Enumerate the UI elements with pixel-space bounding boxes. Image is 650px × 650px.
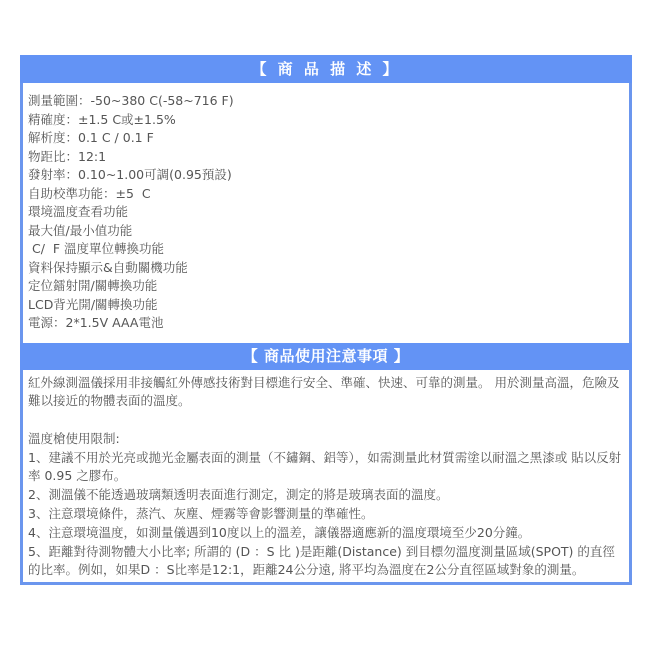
limit-item: 3、注意環境條件，蒸汽、灰塵、煙霧等會影響測量的準確性。 [28, 505, 623, 524]
spec-line: 物距比：12:1 [28, 148, 629, 167]
intro-paragraph: 紅外線測溫儀採用非接觸紅外傳感技術對目標進行安全、準確、快速、可靠的測量。 用於… [28, 374, 623, 412]
limit-item: 2、測溫儀不能透過玻璃類透明表面進行測定，測定的將是玻璃表面的溫度。 [28, 486, 623, 505]
spec-line: 資料保持顯示&自動關機功能 [28, 259, 629, 278]
limits-heading: 溫度槍使用限制: [28, 430, 623, 449]
spec-line: 電源：2*1.5V AAA電池 [28, 314, 629, 333]
description-body: 測量範圍：-50~380 C(-58~716 F) 精確度：±1.5 C或±1.… [23, 83, 629, 343]
spec-line: C/ F 溫度單位轉換功能 [28, 240, 629, 259]
spacer [28, 411, 623, 430]
spec-line: 測量範圍：-50~380 C(-58~716 F) [28, 92, 629, 111]
limit-item: 4、注意環境溫度，如測量儀遇到10度以上的溫差，讓儀器適應新的溫度環境至少20分… [28, 524, 623, 543]
spec-line: 自助校準功能：±5 C [28, 185, 629, 204]
spec-line: 環境溫度查看功能 [28, 203, 629, 222]
limit-item: 1、建議不用於光亮或拋光金屬表面的測量（不鏽鋼、鋁等），如需測量此材質需塗以耐溫… [28, 449, 623, 487]
section-header-usage-notes: 【 商品使用注意事項 】 [20, 343, 632, 370]
limit-item: 5、距離對待測物體大小比率; 所謂的 (D ：S 比 )是距離(Distance… [28, 543, 623, 581]
spec-line: LCD背光開/關轉換功能 [28, 296, 629, 315]
usage-notes-body: 紅外線測溫儀採用非接觸紅外傳感技術對目標進行安全、準確、快速、可靠的測量。 用於… [23, 370, 629, 583]
spec-line: 最大值/最小值功能 [28, 222, 629, 241]
spec-line: 發射率：0.10~1.00可調(0.95預設) [28, 166, 629, 185]
product-info-panel: 【 商 品 描 述 】 測量範圍：-50~380 C(-58~716 F) 精確… [20, 55, 632, 585]
spec-line: 精確度：±1.5 C或±1.5% [28, 111, 629, 130]
spec-line: 解析度：0.1 C / 0.1 F [28, 129, 629, 148]
spec-line: 定位鐳射開/關轉換功能 [28, 277, 629, 296]
section-header-description: 【 商 品 描 述 】 [20, 55, 632, 83]
